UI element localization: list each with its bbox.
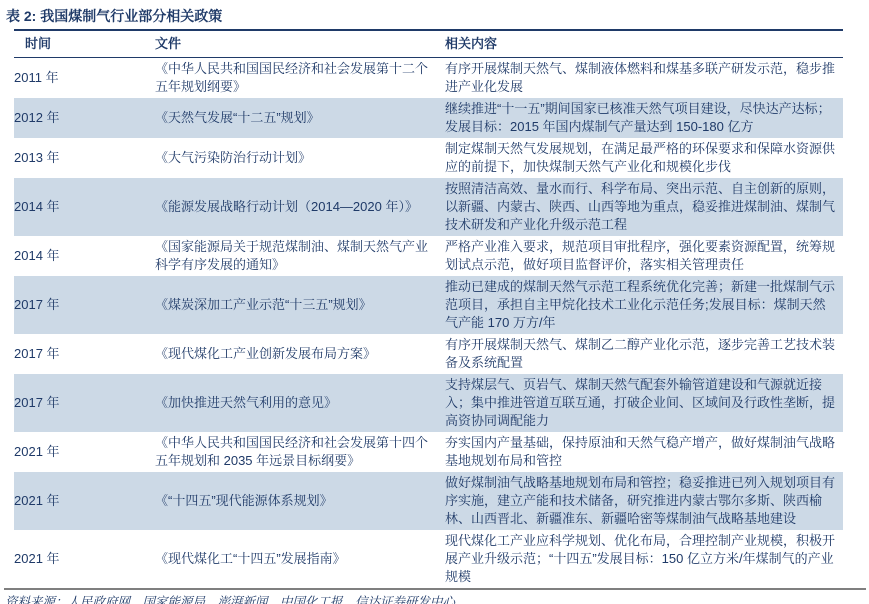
table-row: 2021 年 《中华人民共和国国民经济和社会发展第十四个五年规划和 2035 年…	[14, 432, 843, 472]
row-related-content: 有序开展煤制天然气、煤制液体燃料和煤基多联产研发示范，稳步推进产业化发展	[445, 58, 843, 98]
row-year: 2021 年	[14, 548, 155, 570]
table-row: 2013 年 《大气污染防治行动计划》 制定煤制天然气发展规划，在满足最严格的环…	[14, 138, 843, 178]
row-file-title: 《天然气发展“十二五”规划》	[155, 107, 445, 129]
row-file-title: 《现代煤化工“十四五”发展指南》	[155, 548, 445, 570]
table-row: 2011 年 《中华人民共和国国民经济和社会发展第十二个五年规划纲要》 有序开展…	[14, 58, 843, 98]
source-note: 资料来源：人民政府网，国家能源局，澎湃新闻，中国化工报，信达证券研发中心	[4, 590, 865, 604]
table-row: 2017 年 《加快推进天然气利用的意见》 支持煤层气、页岩气、煤制天然气配套外…	[14, 374, 843, 432]
row-year: 2012 年	[14, 107, 155, 129]
table-row: 2017 年 《煤炭深加工产业示范“十三五”规划》 推动已建成的煤制天然气示范工…	[14, 276, 843, 334]
column-header-content: 相关内容	[445, 34, 843, 54]
policy-table: 时间 文件 相关内容 2011 年 《中华人民共和国国民经济和社会发展第十二个五…	[14, 29, 843, 588]
row-file-title: 《煤炭深加工产业示范“十三五”规划》	[155, 294, 445, 316]
table-row: 2021 年 《“十四五”现代能源体系规划》 做好煤制油气战略基地规划布局和管控…	[14, 472, 843, 530]
report-table-page: 表 2: 我国煤制气行业部分相关政策 时间 文件 相关内容 2011 年 《中华…	[0, 0, 869, 604]
row-file-title: 《中华人民共和国国民经济和社会发展第十二个五年规划纲要》	[155, 58, 445, 98]
row-related-content: 有序开展煤制天然气、煤制乙二醇产业化示范，逐步完善工艺技术装备及系统配置	[445, 334, 843, 374]
table-title: 表 2: 我国煤制气行业部分相关政策	[4, 5, 865, 29]
row-related-content: 做好煤制油气战略基地规划布局和管控；稳妥推进已列入规划项目有序实施，建立产能和技…	[445, 472, 843, 530]
row-file-title: 《中华人民共和国国民经济和社会发展第十四个五年规划和 2035 年远景目标纲要》	[155, 432, 445, 472]
table-row: 2014 年 《国家能源局关于规范煤制油、煤制天然气产业科学有序发展的通知》 严…	[14, 236, 843, 276]
row-related-content: 推动已建成的煤制天然气示范工程系统优化完善；新建一批煤制气示范项目，承担自主甲烷…	[445, 276, 843, 334]
row-related-content: 严格产业准入要求，规范项目审批程序，强化要素资源配置，统筹规划试点示范，做好项目…	[445, 236, 843, 276]
column-header-time: 时间	[14, 34, 155, 54]
row-related-content: 现代煤化工产业应科学规划、优化布局，合理控制产业规模，积极开展产业升级示范；“十…	[445, 530, 843, 588]
table-header-row: 时间 文件 相关内容	[14, 31, 843, 58]
table-row: 2014 年 《能源发展战略行动计划（2014—2020 年）》 按照清洁高效、…	[14, 178, 843, 236]
row-related-content: 继续推进“十一五”期间国家已核准天然气项目建设，尽快达产达标；发展目标：2015…	[445, 98, 843, 138]
row-year: 2017 年	[14, 343, 155, 365]
row-file-title: 《“十四五”现代能源体系规划》	[155, 490, 445, 512]
table-row: 2012 年 《天然气发展“十二五”规划》 继续推进“十一五”期间国家已核准天然…	[14, 98, 843, 138]
row-year: 2017 年	[14, 294, 155, 316]
table-body: 2011 年 《中华人民共和国国民经济和社会发展第十二个五年规划纲要》 有序开展…	[14, 58, 843, 588]
row-year: 2021 年	[14, 490, 155, 512]
row-related-content: 按照清洁高效、量水而行、科学布局、突出示范、自主创新的原则，以新疆、内蒙古、陕西…	[445, 178, 843, 236]
row-file-title: 《能源发展战略行动计划（2014—2020 年）》	[155, 196, 445, 218]
row-file-title: 《加快推进天然气利用的意见》	[155, 392, 445, 414]
row-year: 2021 年	[14, 441, 155, 463]
row-year: 2014 年	[14, 245, 155, 267]
table-row: 2017 年 《现代煤化工产业创新发展布局方案》 有序开展煤制天然气、煤制乙二醇…	[14, 334, 843, 374]
row-related-content: 支持煤层气、页岩气、煤制天然气配套外输管道建设和气源就近接入；集中推进管道互联互…	[445, 374, 843, 432]
row-year: 2013 年	[14, 147, 155, 169]
row-file-title: 《国家能源局关于规范煤制油、煤制天然气产业科学有序发展的通知》	[155, 236, 445, 276]
column-header-file: 文件	[155, 34, 445, 54]
row-related-content: 制定煤制天然气发展规划，在满足最严格的环保要求和保障水资源供应的前提下，加快煤制…	[445, 138, 843, 178]
row-year: 2011 年	[14, 67, 155, 89]
row-year: 2014 年	[14, 196, 155, 218]
row-related-content: 夯实国内产量基础，保持原油和天然气稳产增产，做好煤制油气战略基地规划布局和管控	[445, 432, 843, 472]
row-file-title: 《现代煤化工产业创新发展布局方案》	[155, 343, 445, 365]
row-file-title: 《大气污染防治行动计划》	[155, 147, 445, 169]
row-year: 2017 年	[14, 392, 155, 414]
table-row: 2021 年 《现代煤化工“十四五”发展指南》 现代煤化工产业应科学规划、优化布…	[14, 530, 843, 588]
